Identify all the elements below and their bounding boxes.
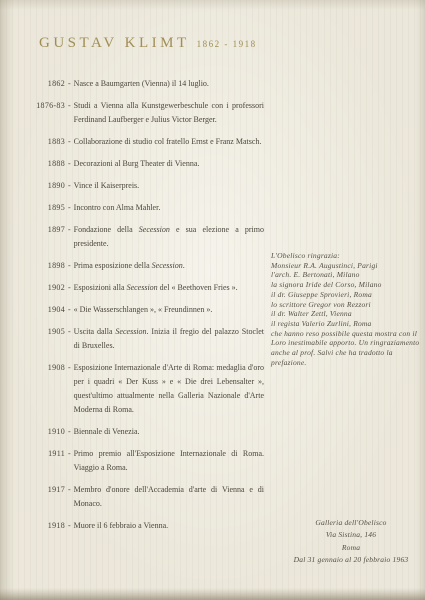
entry-separator: - bbox=[68, 223, 71, 251]
acknowledgment-line: il dr. Giuseppe Sprovieri, Roma bbox=[271, 290, 421, 300]
timeline-entry: 1888-Decorazioni al Burg Theater di Vien… bbox=[33, 157, 264, 171]
entry-separator: - bbox=[68, 325, 71, 353]
entry-text: Decorazioni al Burg Theater di Vienna. bbox=[74, 157, 264, 171]
entry-year: 1918 bbox=[33, 519, 65, 533]
entry-year: 1888 bbox=[33, 157, 65, 171]
entry-text: Esposizioni alla Secession del « Beethov… bbox=[74, 281, 264, 295]
page-title: GUSTAV KLIMT1862 - 1918 bbox=[39, 34, 257, 52]
entry-text: « Die Wasserschlangen », « Freundinnen »… bbox=[74, 303, 264, 317]
timeline-entry: 1890-Vince il Kaiserpreis. bbox=[33, 179, 264, 193]
entry-separator: - bbox=[68, 519, 71, 533]
timeline-entry: 1902-Esposizioni alla Secession del « Be… bbox=[33, 281, 264, 295]
timeline-entry: 1876-83-Studi a Vienna alla Kunstgewerbe… bbox=[33, 99, 264, 127]
entry-text: Primo premio all'Esposizione Internazion… bbox=[74, 447, 264, 475]
timeline-entry: 1917-Membro d'onore dell'Accademia d'art… bbox=[33, 483, 264, 511]
entry-separator: - bbox=[68, 483, 71, 511]
entry-year: 1898 bbox=[33, 259, 65, 273]
acknowledgment-line: lo scrittore Gregor von Rezzori bbox=[271, 300, 421, 310]
artist-name: GUSTAV KLIMT bbox=[39, 35, 190, 51]
entry-year: 1917 bbox=[33, 483, 65, 511]
entry-separator: - bbox=[68, 425, 71, 439]
entry-text: Nasce a Baumgarten (Vienna) il 14 luglio… bbox=[74, 77, 264, 91]
timeline-entry: 1883-Collaborazione di studio col fratel… bbox=[33, 135, 264, 149]
timeline-entry: 1911-Primo premio all'Esposizione Intern… bbox=[33, 447, 264, 475]
entry-separator: - bbox=[68, 281, 71, 295]
gallery-info-block: Galleria dell'ObeliscoVia Sistina, 146Ro… bbox=[280, 517, 422, 567]
acknowledgment-line: che hanno reso possibile questa mostra c… bbox=[271, 329, 421, 339]
acknowledgment-line: il regista Valerio Zurlini, Roma bbox=[271, 319, 421, 329]
acknowledgment-line: anche al prof. Salvi che ha tradotto la … bbox=[271, 348, 421, 367]
entry-year: 1883 bbox=[33, 135, 65, 149]
timeline-entry: 1898-Prima esposizione della Secession. bbox=[33, 259, 264, 273]
entry-text: Collaborazione di studio col fratello Er… bbox=[74, 135, 264, 149]
entry-year: 1905 bbox=[33, 325, 65, 353]
timeline-entry: 1895-Incontro con Alma Mahler. bbox=[33, 201, 264, 215]
entry-year: 1890 bbox=[33, 179, 65, 193]
entry-year: 1897 bbox=[33, 223, 65, 251]
entry-year: 1902 bbox=[33, 281, 65, 295]
entry-separator: - bbox=[68, 361, 71, 417]
entry-text: Incontro con Alma Mahler. bbox=[74, 201, 264, 215]
acknowledgment-line: Loro inestimabile apporto. Un ringraziam… bbox=[271, 338, 421, 348]
entry-separator: - bbox=[68, 303, 71, 317]
artist-lifespan: 1862 - 1918 bbox=[197, 39, 257, 49]
timeline-entry: 1910-Biennale di Venezia. bbox=[33, 425, 264, 439]
acknowledgment-line: Monsieur R.A. Augustinci, Parigi bbox=[271, 261, 421, 271]
gallery-info-line: Galleria dell'Obelisco bbox=[280, 517, 422, 529]
entry-year: 1895 bbox=[33, 201, 65, 215]
acknowledgment-line: la signora Iride del Corso, Milano bbox=[271, 280, 421, 290]
acknowledgment-line: l'arch. E. Bertonati, Milano bbox=[271, 270, 421, 280]
timeline-entry: 1905-Uscita dalla Secession. Inizia il f… bbox=[33, 325, 264, 353]
entry-text: Biennale di Venezia. bbox=[74, 425, 264, 439]
entry-separator: - bbox=[68, 201, 71, 215]
timeline: 1862-Nasce a Baumgarten (Vienna) il 14 l… bbox=[33, 77, 264, 541]
acknowledgment-line: il dr. Walter Zettl, Vienna bbox=[271, 309, 421, 319]
acknowledgment-line: L'Obelisco ringrazia: bbox=[271, 251, 421, 261]
entry-year: 1911 bbox=[33, 447, 65, 475]
entry-text: Muore il 6 febbraio a Vienna. bbox=[74, 519, 264, 533]
entry-year: 1908 bbox=[33, 361, 65, 417]
timeline-entry: 1904-« Die Wasserschlangen », « Freundin… bbox=[33, 303, 264, 317]
timeline-entry: 1918-Muore il 6 febbraio a Vienna. bbox=[33, 519, 264, 533]
acknowledgments-block: L'Obelisco ringrazia:Monsieur R.A. Augus… bbox=[271, 251, 421, 367]
gallery-info-line: Dal 31 gennaio al 20 febbraio 1963 bbox=[280, 554, 422, 566]
entry-separator: - bbox=[68, 135, 71, 149]
entry-text: Esposizione Internazionale d'Arte di Rom… bbox=[74, 361, 264, 417]
entry-year: 1862 bbox=[33, 77, 65, 91]
entry-separator: - bbox=[68, 157, 71, 171]
timeline-entry: 1897-Fondazione della Secession e sua el… bbox=[33, 223, 264, 251]
entry-year: 1904 bbox=[33, 303, 65, 317]
entry-separator: - bbox=[68, 77, 71, 91]
entry-year: 1876-83 bbox=[33, 99, 65, 127]
entry-text: Vince il Kaiserpreis. bbox=[74, 179, 264, 193]
entry-text: Membro d'onore dell'Accademia d'arte di … bbox=[74, 483, 264, 511]
gallery-info-line: Via Sistina, 146 bbox=[280, 529, 422, 541]
entry-separator: - bbox=[68, 179, 71, 193]
entry-separator: - bbox=[68, 447, 71, 475]
entry-text: Fondazione della Secession e sua elezion… bbox=[74, 223, 264, 251]
timeline-entry: 1908-Esposizione Internazionale d'Arte d… bbox=[33, 361, 264, 417]
catalog-page: GUSTAV KLIMT1862 - 1918 1862-Nasce a Bau… bbox=[0, 0, 425, 600]
gallery-info-line: Roma bbox=[280, 542, 422, 554]
entry-separator: - bbox=[68, 259, 71, 273]
timeline-entry: 1862-Nasce a Baumgarten (Vienna) il 14 l… bbox=[33, 77, 264, 91]
entry-separator: - bbox=[68, 99, 71, 127]
entry-text: Studi a Vienna alla Kunstgewerbeschule c… bbox=[74, 99, 264, 127]
entry-text: Prima esposizione della Secession. bbox=[74, 259, 264, 273]
entry-text: Uscita dalla Secession. Inizia il fregio… bbox=[74, 325, 264, 353]
entry-year: 1910 bbox=[33, 425, 65, 439]
